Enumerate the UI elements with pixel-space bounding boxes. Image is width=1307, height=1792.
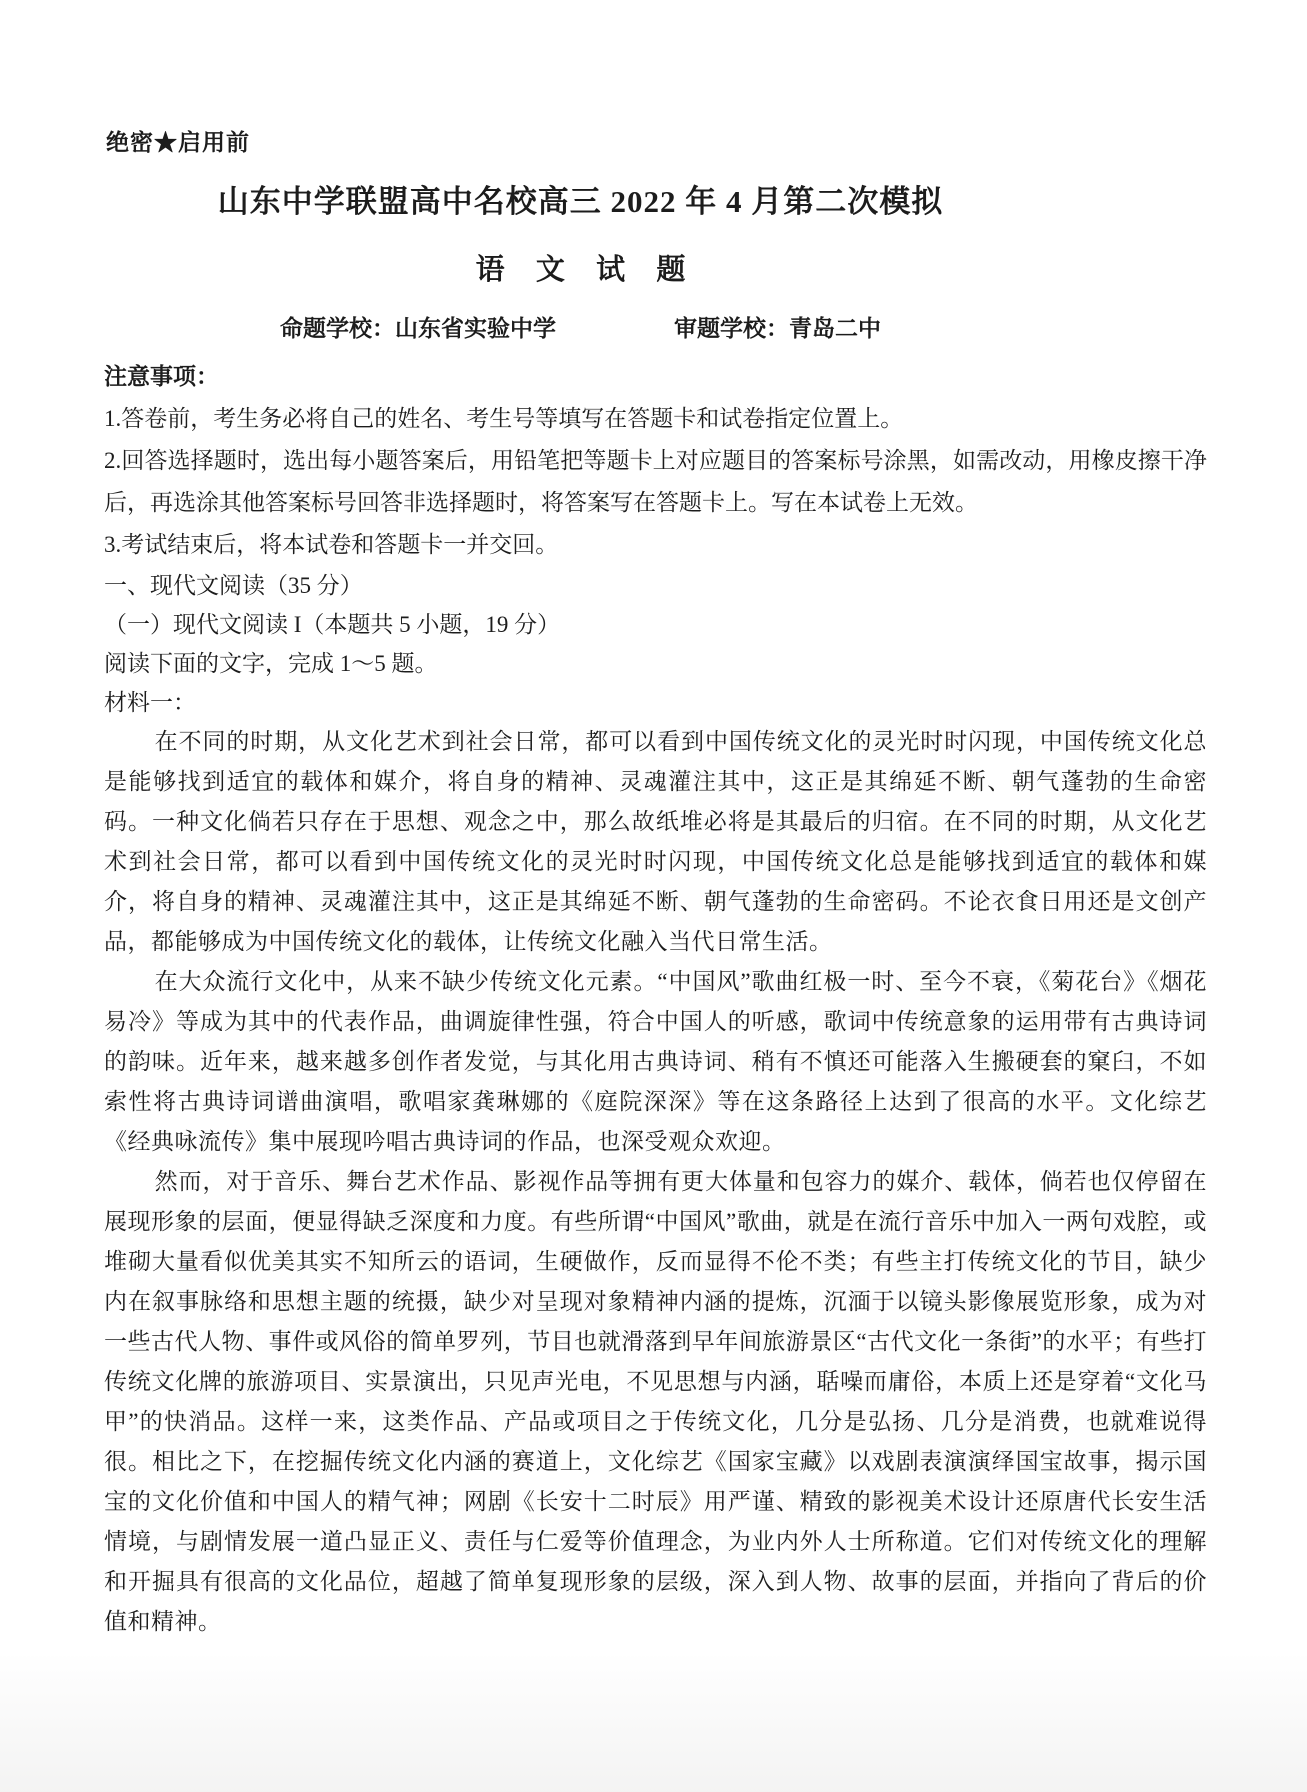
exam-paper-page: 绝密★启用前 山东中学联盟高中名校高三 2022 年 4 月第二次模拟 语 文 …	[0, 0, 1307, 1792]
subject-title: 语 文 试 题	[104, 250, 1057, 290]
schools-row: 命题学校：山东省实验中学 审题学校：青岛二中	[104, 314, 1057, 344]
security-marking: 绝密★启用前	[106, 128, 1207, 158]
material1-paragraph-3: 然而，对于音乐、舞台艺术作品、影视作品等拥有更大体量和包容力的媒介、载体，倘若也…	[104, 1162, 1207, 1642]
reading-instruction: 阅读下面的文字，完成 1～5 题。	[104, 644, 1207, 683]
page-content: 绝密★启用前 山东中学联盟高中名校高三 2022 年 4 月第二次模拟 语 文 …	[0, 128, 1307, 1642]
exam-title: 山东中学联盟高中名校高三 2022 年 4 月第二次模拟	[104, 180, 1057, 224]
material1-paragraph-2: 在大众流行文化中，从来不缺少传统文化元素。“中国风”歌曲红极一时、至今不衰，《菊…	[104, 962, 1207, 1162]
material1-paragraph-1: 在不同的时期，从文化艺术到社会日常，都可以看到中国传统文化的灵光时时闪现，中国传…	[104, 722, 1207, 962]
notice-item-2: 2.回答选择题时，选出每小题答案后，用铅笔把等题卡上对应题目的答案标号涂黑，如需…	[104, 440, 1207, 524]
section-heading: 一、现代文阅读（35 分）	[104, 566, 1207, 605]
notice-section: 注意事项： 1.答卷前，考生务必将自己的姓名、考生号等填写在答题卡和试卷指定位置…	[104, 356, 1207, 566]
subsection-heading: （一）现代文阅读 I（本题共 5 小题，19 分）	[104, 605, 1207, 644]
notice-heading: 注意事项：	[104, 356, 1207, 398]
proposer-school: 命题学校：山东省实验中学	[280, 314, 556, 344]
paper-header: 山东中学联盟高中名校高三 2022 年 4 月第二次模拟 语 文 试 题 命题学…	[104, 180, 1207, 344]
notice-item-1: 1.答卷前，考生务必将自己的姓名、考生号等填写在答题卡和试卷指定位置上。	[104, 398, 1207, 440]
material-label: 材料一：	[104, 683, 1207, 722]
notice-item-3: 3.考试结束后，将本试卷和答题卡一并交回。	[104, 524, 1207, 566]
reviewer-school: 审题学校：青岛二中	[674, 314, 881, 344]
reading-section: 一、现代文阅读（35 分） （一）现代文阅读 I（本题共 5 小题，19 分） …	[104, 566, 1207, 1642]
